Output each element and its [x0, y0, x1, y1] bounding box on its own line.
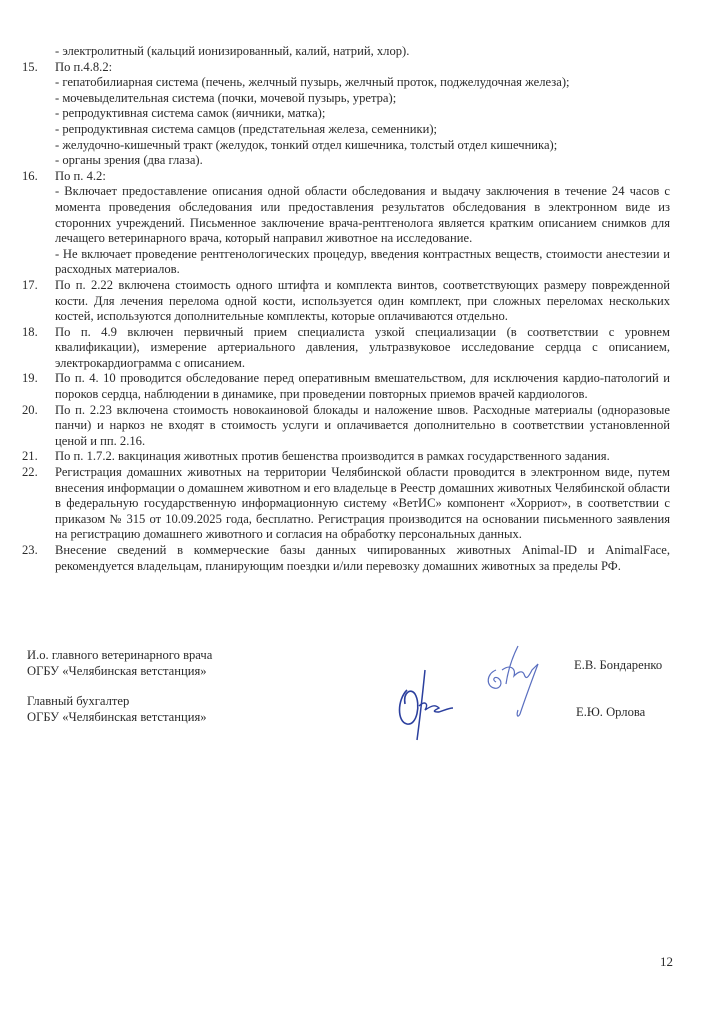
- note-item-16: 16. По п. 4.2: - Включает предоставление…: [22, 169, 670, 278]
- page-number: 12: [660, 954, 673, 970]
- item-number: 22.: [22, 465, 55, 543]
- item-number: 19.: [22, 371, 55, 402]
- item-text: По п. 4.9 включен первичный прием специа…: [55, 325, 670, 372]
- list-line: - гепатобилиарная система (печень, желчн…: [55, 75, 670, 91]
- item-number: 17.: [22, 278, 55, 325]
- item-text: По п. 2.23 включена стоимость новокаинов…: [55, 403, 670, 450]
- note-item-18: 18. По п. 4.9 включен первичный прием сп…: [22, 325, 670, 372]
- position-title: И.о. главного ветеринарного врача: [27, 648, 212, 664]
- item-text: По п. 2.22 включена стоимость одного шти…: [55, 278, 670, 325]
- item-paragraph: - Включает предоставление описания одной…: [55, 184, 670, 246]
- item-number: 15.: [22, 60, 55, 169]
- list-line: - органы зрения (два глаза).: [55, 153, 670, 169]
- organization-name: ОГБУ «Челябинская ветстанция»: [27, 664, 212, 680]
- list-line: - репродуктивная система самок (яичники,…: [55, 106, 670, 122]
- list-line: - мочевыделительная система (почки, моче…: [55, 91, 670, 107]
- signatory-position-2: Главный бухгалтер ОГБУ «Челябинская ветс…: [27, 694, 207, 725]
- signature-orlova-icon: [395, 660, 475, 745]
- note-item-15: 15. По п.4.8.2: - гепатобилиарная систем…: [22, 60, 670, 169]
- item-text: По п. 4. 10 проводится обследование пере…: [55, 371, 670, 402]
- note-item-20: 20. По п. 2.23 включена стоимость новока…: [22, 403, 670, 450]
- list-line: - желудочно-кишечный тракт (желудок, тон…: [55, 138, 670, 154]
- item-paragraph: - Не включает проведение рентгенологичес…: [55, 247, 670, 278]
- item-number: 23.: [22, 543, 55, 574]
- item-text: Регистрация домашних животных на террито…: [55, 465, 670, 543]
- list-line: - репродуктивная система самцов (предста…: [55, 122, 670, 138]
- note-item-23: 23. Внесение сведений в коммерческие баз…: [22, 543, 670, 574]
- signatory-name-1: Е.В. Бондаренко: [574, 658, 662, 673]
- item-heading: По п. 4.2:: [55, 169, 670, 185]
- item-number: 20.: [22, 403, 55, 450]
- note-item-21: 21. По п. 1.7.2. вакцинация животных про…: [22, 449, 670, 465]
- item-number: 18.: [22, 325, 55, 372]
- signatory-position-1: И.о. главного ветеринарного врача ОГБУ «…: [27, 648, 212, 679]
- item-number: 16.: [22, 169, 55, 278]
- item-text: По п. 1.7.2. вакцинация животных против …: [55, 449, 670, 465]
- note-item-17: 17. По п. 2.22 включена стоимость одного…: [22, 278, 670, 325]
- note-item-22: 22. Регистрация домашних животных на тер…: [22, 465, 670, 543]
- item-heading: По п.4.8.2:: [55, 60, 670, 76]
- item-text: Внесение сведений в коммерческие базы да…: [55, 543, 670, 574]
- document-page: - электролитный (кальций ионизированный,…: [0, 0, 724, 1024]
- organization-name: ОГБУ «Челябинская ветстанция»: [27, 710, 207, 726]
- position-title: Главный бухгалтер: [27, 694, 207, 710]
- signature-bondarenko-icon: [482, 640, 552, 720]
- notes-list: - электролитный (кальций ионизированный,…: [22, 44, 670, 574]
- item-number: 21.: [22, 449, 55, 465]
- note-item-19: 19. По п. 4. 10 проводится обследование …: [22, 371, 670, 402]
- signatory-name-2: Е.Ю. Орлова: [576, 705, 645, 720]
- intro-line: - электролитный (кальций ионизированный,…: [22, 44, 670, 60]
